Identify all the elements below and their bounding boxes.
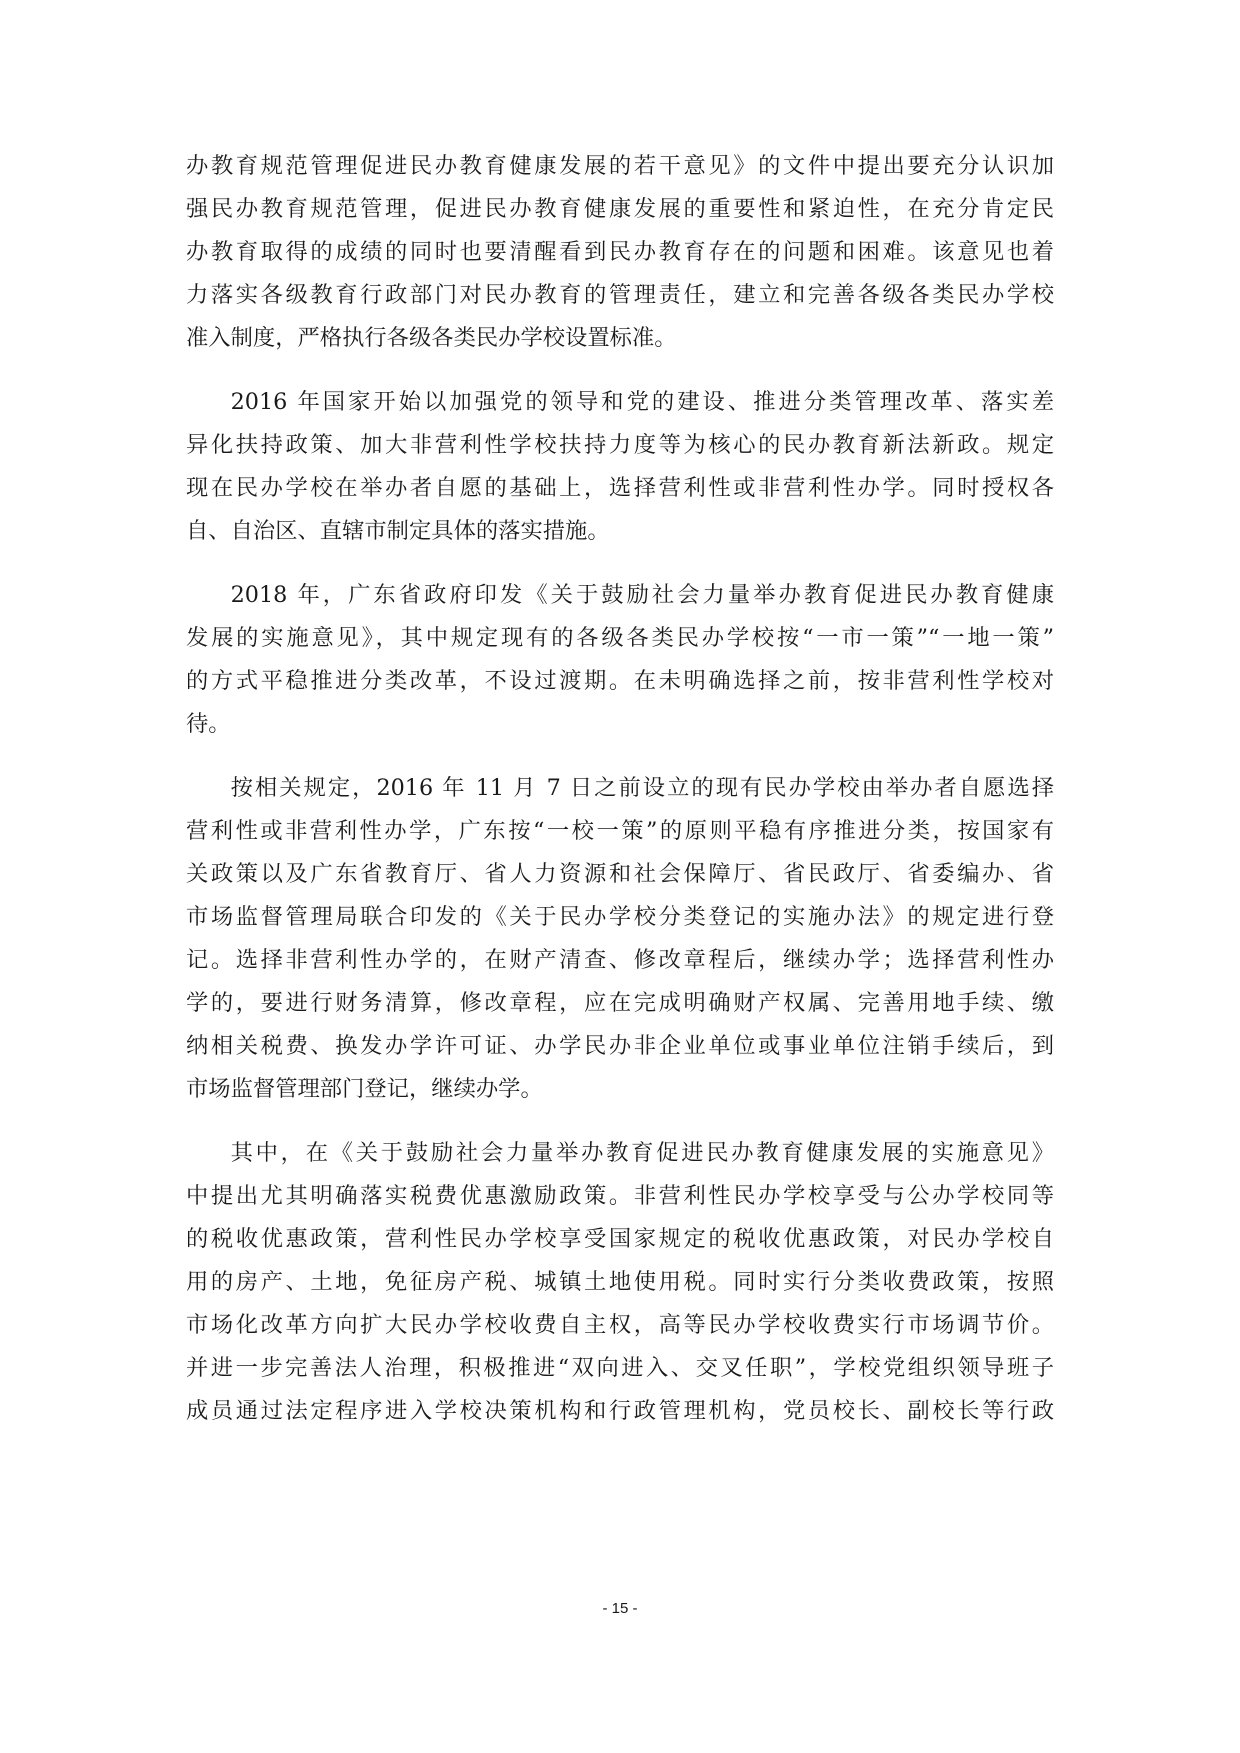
text-line: 待。: [186, 703, 1054, 746]
text-line: 力落实各级教育行政部门对民办教育的管理责任，建立和完善各级各类民办学校: [186, 274, 1054, 317]
paragraph-5: 其中，在《关于鼓励社会力量举办教育促进民办教育健康发展的实施意见》 中提出尤其明…: [186, 1132, 1054, 1433]
text-line: 按相关规定，2016 年 11 月 7 日之前设立的现有民办学校由举办者自愿选择: [186, 767, 1054, 810]
text-line: 异化扶持政策、加大非营利性学校扶持力度等为核心的民办教育新法新政。规定: [186, 424, 1054, 467]
text-line: 现在民办学校在举办者自愿的基础上，选择营利性或非营利性办学。同时授权各: [186, 467, 1054, 510]
text-line: 强民办教育规范管理，促进民办教育健康发展的重要性和紧迫性，在充分肯定民: [186, 188, 1054, 231]
text-line: 自、自治区、直辖市制定具体的落实措施。: [186, 510, 1054, 553]
text-line: 的税收优惠政策，营利性民办学校享受国家规定的税收优惠政策，对民办学校自: [186, 1218, 1054, 1261]
text-line: 市场化改革方向扩大民办学校收费自主权，高等民办学校收费实行市场调节价。: [186, 1304, 1054, 1347]
text-line: 用的房产、土地，免征房产税、城镇土地使用税。同时实行分类收费政策，按照: [186, 1261, 1054, 1304]
text-line: 准入制度，严格执行各级各类民办学校设置标准。: [186, 317, 1054, 360]
paragraph-3: 2018 年，广东省政府印发《关于鼓励社会力量举办教育促进民办教育健康 发展的实…: [186, 574, 1054, 746]
text-line: 2018 年，广东省政府印发《关于鼓励社会力量举办教育促进民办教育健康: [186, 574, 1054, 617]
text-line: 2016 年国家开始以加强党的领导和党的建设、推进分类管理改革、落实差: [186, 381, 1054, 424]
text-line: 记。选择非营利性办学的，在财产清查、修改章程后，继续办学；选择营利性办: [186, 939, 1054, 982]
text-line: 纳相关税费、换发办学许可证、办学民办非企业单位或事业单位注销手续后，到: [186, 1025, 1054, 1068]
text-line: 市场监督管理部门登记，继续办学。: [186, 1068, 1054, 1111]
text-line: 关政策以及广东省教育厅、省人力资源和社会保障厅、省民政厅、省委编办、省: [186, 853, 1054, 896]
text-line: 学的，要进行财务清算，修改章程，应在完成明确财产权属、完善用地手续、缴: [186, 982, 1054, 1025]
page-number: - 15 -: [0, 1600, 1240, 1617]
text-line: 中提出尤其明确落实税费优惠激励政策。非营利性民办学校享受与公办学校同等: [186, 1175, 1054, 1218]
text-line: 办教育规范管理促进民办教育健康发展的若干意见》的文件中提出要充分认识加: [186, 145, 1054, 188]
paragraph-2: 2016 年国家开始以加强党的领导和党的建设、推进分类管理改革、落实差 异化扶持…: [186, 381, 1054, 553]
text-line: 营利性或非营利性办学，广东按“一校一策”的原则平稳有序推进分类，按国家有: [186, 810, 1054, 853]
text-line: 其中，在《关于鼓励社会力量举办教育促进民办教育健康发展的实施意见》: [186, 1132, 1054, 1175]
text-line: 发展的实施意见》，其中规定现有的各级各类民办学校按“一市一策”“一地一策”: [186, 617, 1054, 660]
paragraph-4: 按相关规定，2016 年 11 月 7 日之前设立的现有民办学校由举办者自愿选择…: [186, 767, 1054, 1111]
text-line: 市场监督管理局联合印发的《关于民办学校分类登记的实施办法》的规定进行登: [186, 896, 1054, 939]
text-line: 办教育取得的成绩的同时也要清醒看到民办教育存在的问题和困难。该意见也着: [186, 231, 1054, 274]
document-body: 办教育规范管理促进民办教育健康发展的若干意见》的文件中提出要充分认识加 强民办教…: [186, 145, 1054, 1454]
text-line: 并进一步完善法人治理，积极推进“双向进入、交叉任职”，学校党组织领导班子: [186, 1347, 1054, 1390]
paragraph-1: 办教育规范管理促进民办教育健康发展的若干意见》的文件中提出要充分认识加 强民办教…: [186, 145, 1054, 360]
text-line: 的方式平稳推进分类改革，不设过渡期。在未明确选择之前，按非营利性学校对: [186, 660, 1054, 703]
text-line: 成员通过法定程序进入学校决策机构和行政管理机构，党员校长、副校长等行政: [186, 1390, 1054, 1433]
